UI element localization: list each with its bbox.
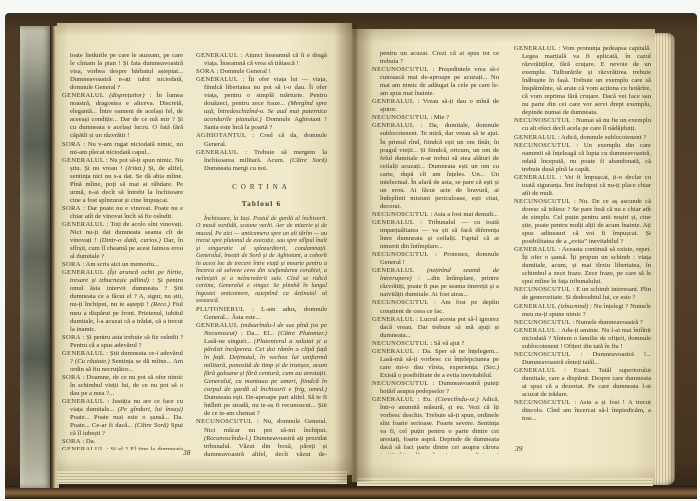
dialogue-paragraph: GENERALUL (Își aruncă ochii pe hîrtie, t… — [62, 269, 183, 333]
speaker-name: SORA — [62, 205, 81, 212]
dialogue-paragraph: AGHIOTANTUL : Cred că da, domnule Genera… — [196, 132, 327, 148]
dialogue-paragraph: NECUNOSCUTUL : Nu. De ce aș ascunde că d… — [514, 198, 651, 246]
speaker-name: NECUNOSCUTUL — [514, 319, 571, 326]
dialogue-paragraph: NECUNOSCUTUL : Președintele vrea să-i cu… — [372, 66, 499, 98]
speaker-name: NECUNOSCUTUL — [514, 286, 571, 293]
continued-paragraph: toate liedurile pe care le auzeam, pe ca… — [62, 52, 183, 92]
dialogue-paragraph: NECUNOSCUTUL : Asta a și fost ! A trecut… — [514, 399, 651, 423]
speaker-name: SORA — [62, 141, 81, 148]
dialogue-paragraph: NECUNOSCUTUL : Dumneavoastră !... Dumnea… — [514, 351, 651, 367]
speaker-name: GENERALUL — [62, 157, 104, 164]
speaker-name: SORA — [196, 68, 215, 75]
speaker-name: GENERALUL — [196, 52, 238, 59]
speaker-name: PLUTONIERUL — [196, 306, 245, 313]
dialogue-paragraph: NECUNOSCUTUL : Numele dumneavoastră ? — [514, 319, 651, 327]
speaker-name: NECUNOSCUTUL — [514, 117, 571, 124]
left-page-column-2: GENERALUL : Atunci înseamnă că îi e drag… — [196, 52, 327, 460]
continued-paragraph: pentru un acuzat. Crezi că ai spus tot c… — [372, 50, 499, 66]
dialogue-paragraph: GENERALUL : Vom pronunța pedeapsa capita… — [514, 45, 651, 117]
stage-direction: Închisoare, la Iași. Postul de gardă al … — [196, 216, 327, 306]
dialogue-paragraph: GENERALUL : Adică, domnule sublocotenent… — [514, 134, 651, 142]
speaker-name: GENERALUL — [514, 174, 556, 181]
dialogue-paragraph: GENERALUL : Toți de acolo sînt vinovați.… — [62, 221, 183, 261]
page-number-right: 39 — [515, 444, 522, 453]
dialogue-paragraph: PLUTONIERUL : L-am adus, domnule General… — [196, 306, 327, 322]
scene-heading: Tabloul 6 — [196, 200, 327, 208]
speaker-name: GENERALUL — [372, 219, 414, 226]
speaker-name: GENERALUL — [62, 350, 104, 357]
speaker-name: SORA — [62, 261, 81, 268]
dialogue-paragraph: GENERALUL : Adu-ți aminte. Nu l-ai mai î… — [514, 327, 651, 351]
dialogue-paragraph: GENERALUL : Nu pot să-ți spun nimic. Nu … — [62, 157, 183, 205]
dialogue-paragraph: NECUNOSCUTUL : E un schimb interesant. P… — [514, 286, 651, 302]
dialogue-paragraph: GENERALUL : Da, dumitale, domnule subloc… — [372, 122, 499, 211]
speaker-name: GENERALUL — [62, 92, 104, 99]
speaker-name: GENERALUL — [196, 76, 238, 83]
dialogue-paragraph: NECUNOSCUTUL : Dumneavoastră puteți hotă… — [372, 380, 499, 396]
dialogue-paragraph: NECUNOSCUTUL : Protestez, domnule Genera… — [372, 251, 499, 267]
dialogue-paragraph: GENERALUL (disprețuitor) : În lumea noas… — [62, 92, 183, 140]
speaker-name: NECUNOSCUTUL — [514, 198, 571, 205]
dialogue-paragraph: GENERALUL : Vei fi împușcat, ți-o declar… — [514, 174, 651, 198]
speaker-name: SORA — [62, 334, 81, 341]
dialogue-paragraph: GENERALUL : Vreau să-ți dau o mînă de aj… — [372, 98, 499, 114]
dialogue-paragraph: SORA : Da. — [62, 438, 183, 446]
dialogue-paragraph: NECUNOSCUTUL : Am fost pe deplin conștie… — [372, 299, 499, 315]
dialogue-paragraph: NECUNOSCUTUL : Nu, domnule General. Nici… — [196, 418, 327, 460]
dialogue-paragraph: GENERALUL : Trebuie să mergem la închiso… — [196, 149, 327, 173]
speaker-name: NECUNOSCUTUL — [372, 380, 429, 387]
speaker-name: GENERALUL — [62, 398, 104, 405]
speaker-name: GENERALUL — [62, 446, 104, 450]
speaker-name: GENERALUL — [372, 348, 414, 355]
dialogue-paragraph: SORA : Domnule General ! — [196, 68, 327, 76]
dialogue-paragraph: GENERALUL : Da. Sper să ne înțelegem... … — [372, 348, 499, 380]
dialogue-paragraph: GENERALUL (măsurîndu-l de sus pînă jos p… — [196, 322, 327, 419]
inline-stage-direction: (izbucnind) — [558, 303, 588, 310]
speaker-name: NECUNOSCUTUL — [514, 142, 571, 149]
dialogue-paragraph: SORA : Nu v-am rugat niciodată nimic, nu… — [62, 141, 183, 157]
speaker-name: NECUNOSCUTUL — [372, 251, 429, 258]
speaker-name: GENERALUL — [514, 327, 556, 334]
dialogue-paragraph: NECUNOSCUTUL : Numai să nu fie un exempl… — [514, 117, 651, 133]
speaker-name: GENERALUL — [514, 303, 556, 310]
dialogue-paragraph: GENERALUL : Aceasta continuă să existe, … — [514, 246, 651, 286]
dialogue-paragraph: SORA : Dar poate nu e vinovat. Poate nu … — [62, 205, 183, 221]
speaker-name: NECUNOSCUTUL — [514, 351, 571, 358]
dialogue-paragraph: GENERALUL : Lucrul acesta pot să-l ignor… — [372, 316, 499, 340]
speaker-name: GENERALUL — [62, 221, 104, 228]
dialogue-paragraph: GENERALUL : Exact. Tatăl superiorului du… — [514, 367, 651, 399]
right-page-bottom-edges — [357, 478, 653, 486]
dialogue-paragraph: GENERALUL (neținînd seamă de întrerupere… — [372, 267, 499, 299]
right-page-column-1: pentru un acuzat. Crezi că ai spus tot c… — [372, 50, 499, 454]
speaker-name: NECUNOSCUTUL — [514, 399, 571, 406]
page-number-left: 38 — [183, 448, 190, 457]
dialogue-paragraph: SORA : Doamne, de ce nu pot să ofer nimi… — [62, 374, 183, 398]
left-page-column-1: toate liedurile pe care le auzeam, pe ca… — [62, 52, 183, 450]
dialogue-paragraph: GENERALUL : Atunci înseamnă că îi e drag… — [196, 52, 327, 68]
speaker-name: NECUNOSCUTUL — [372, 211, 429, 218]
right-page-column-2: GENERALUL : Vom pronunța pedeapsa capita… — [514, 45, 651, 455]
speaker-name: GENERALUL — [62, 269, 104, 276]
speaker-name: GENERALUL — [514, 45, 556, 52]
dialogue-paragraph: GENERALUL : Tribunalul — cu toată imparț… — [372, 219, 499, 251]
speaker-name: GENERALUL — [372, 98, 414, 105]
dialogue-paragraph: NECUNOSCUTUL : Asta a fost mai demult... — [372, 211, 499, 219]
book-gutter-shadow — [334, 23, 374, 482]
dialogue-paragraph: GENERALUL (izbucnind) : Nu înțelegi ? Nu… — [514, 303, 651, 319]
speaker-name: GENERALUL — [514, 134, 556, 141]
speaker-name: NECUNOSCUTUL — [372, 114, 429, 121]
dialogue-paragraph: GENERALUL : Justiția nu are ce face cu v… — [62, 398, 183, 438]
dialogue-paragraph: NECUNOSCUTUL : Un exemplu din care oamen… — [514, 142, 651, 174]
scene-heading: CORTINA — [196, 183, 327, 191]
speaker-name: NECUNOSCUTUL — [372, 66, 429, 73]
speaker-name: GENERALUL — [372, 396, 414, 403]
left-page-bottom-edges — [57, 471, 347, 484]
dialogue-paragraph: NECUNOSCUTUL : Să vă ajut ? — [372, 340, 499, 348]
speaker-name: NECUNOSCUTUL — [372, 340, 429, 347]
speaker-name: NECUNOSCUTUL — [372, 299, 429, 306]
speaker-name: GENERALUL — [196, 322, 238, 329]
speaker-name: GENERALUL — [372, 122, 414, 129]
inline-stage-direction: (disprețuitor) — [109, 92, 144, 99]
book-cover-bottom-edge — [5, 486, 697, 499]
speaker-name: AGHIOTANTUL — [196, 132, 246, 139]
dialogue-paragraph: GENERALUL : Îți ofer viața lui — viața, … — [196, 76, 327, 132]
dialogue-paragraph: NECUNOSCUTUL : Mie ? — [372, 114, 499, 122]
dialogue-paragraph: GENERALUL : Și el ? El ține la dumneata … — [62, 446, 183, 450]
dialogue-paragraph: GENERALUL : Știi dumneata ce-i adevărul … — [62, 350, 183, 374]
photo-plate-page-edge — [20, 26, 52, 488]
speaker-name: NECUNOSCUTUL — [196, 418, 253, 425]
speaker-name: GENERALUL — [514, 246, 556, 253]
speaker-name: GENERALUL — [372, 267, 414, 274]
speaker-name: GENERALUL — [372, 316, 414, 323]
dialogue-paragraph: GENERALUL : Eu. (Corectîndu-se.) Adică, … — [372, 396, 499, 454]
speaker-name: SORA — [62, 438, 81, 445]
speaker-name: GENERALUL — [196, 149, 238, 156]
speaker-name: SORA — [62, 374, 81, 381]
dialogue-paragraph: SORA : Și pentru asta trebuie să fie osî… — [62, 334, 183, 350]
speaker-name: GENERALUL — [514, 367, 556, 374]
